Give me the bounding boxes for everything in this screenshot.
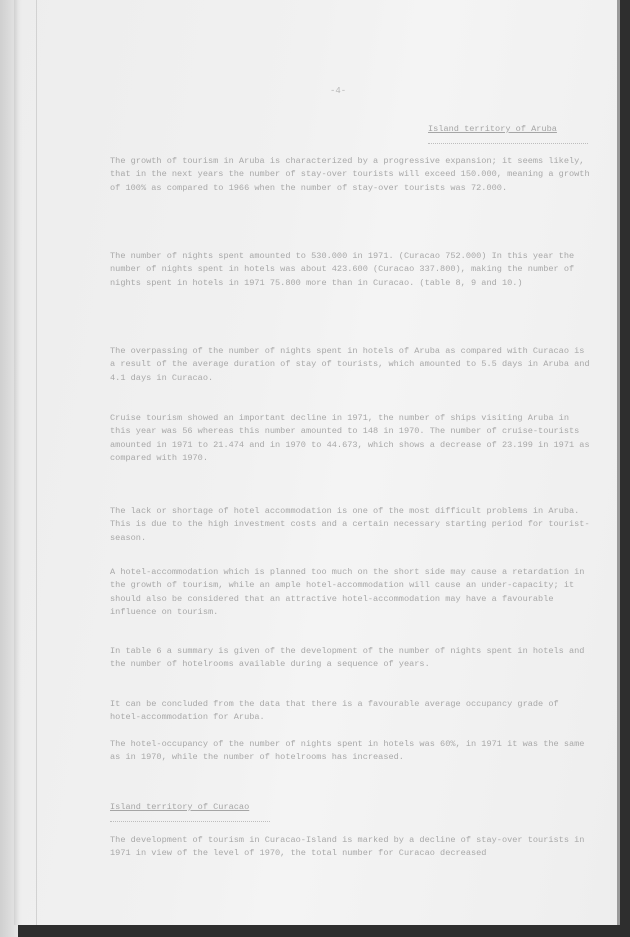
paragraph: The overpassing of the number of nights … xyxy=(110,345,590,385)
section-heading-aruba: Island territory of Aruba xyxy=(428,124,588,134)
paragraph: It can be concluded from the data that t… xyxy=(110,698,590,725)
paragraph: The development of tourism in Curacao-Is… xyxy=(110,834,590,861)
paragraph: The number of nights spent amounted to 5… xyxy=(110,250,590,290)
paragraph: A hotel-accommodation which is planned t… xyxy=(110,566,590,620)
page-number: -4- xyxy=(330,86,346,96)
heading-underline xyxy=(110,820,270,822)
paragraph: Cruise tourism showed an important decli… xyxy=(110,412,590,466)
paragraph: In table 6 a summary is given of the dev… xyxy=(110,645,590,672)
heading-underline xyxy=(428,142,588,144)
section-heading-curacao: Island territory of Curacao xyxy=(110,802,270,812)
scanned-document: -4- Island territory of Aruba The growth… xyxy=(0,0,630,937)
paragraph: The lack or shortage of hotel accommodat… xyxy=(110,505,590,545)
paragraph: The growth of tourism in Aruba is charac… xyxy=(110,155,590,195)
paragraph: The hotel-occupancy of the number of nig… xyxy=(110,738,590,765)
binder-line xyxy=(36,0,37,925)
